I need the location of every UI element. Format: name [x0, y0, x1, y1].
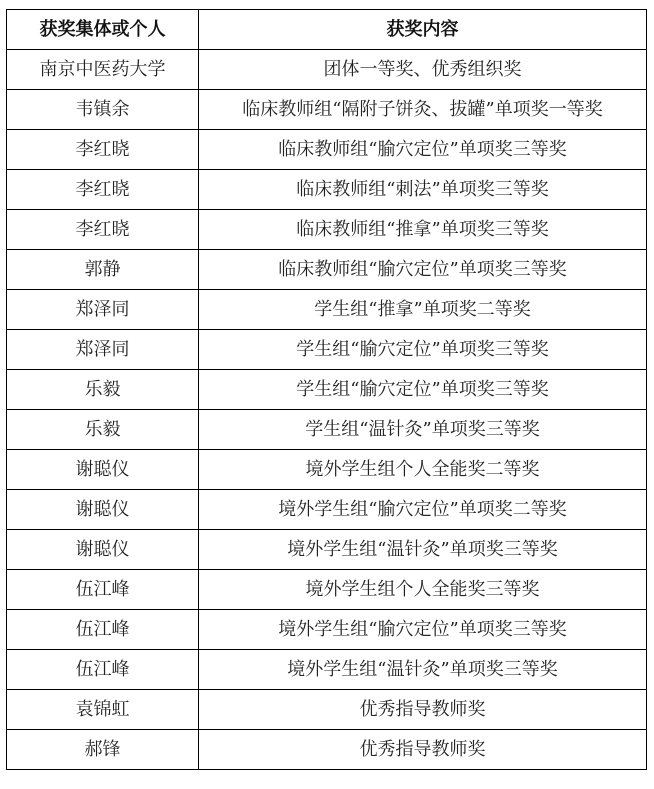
header-recipient: 获奖集体或个人: [7, 10, 199, 50]
award-cell: 境外学生组“温针灸”单项奖三等奖: [199, 530, 647, 570]
recipient-cell: 乐毅: [7, 410, 199, 450]
award-cell: 境外学生组“腧穴定位”单项奖二等奖: [199, 490, 647, 530]
recipient-cell: 袁锦虹: [7, 690, 199, 730]
table-row: 郑泽同 学生组“推拿”单项奖二等奖: [7, 290, 647, 330]
recipient-cell: 李红晓: [7, 130, 199, 170]
recipient-cell: 李红晓: [7, 210, 199, 250]
table-row: 郑泽同 学生组“腧穴定位”单项奖三等奖: [7, 330, 647, 370]
award-cell: 团体一等奖、优秀组织奖: [199, 50, 647, 90]
table-row: 袁锦虹 优秀指导教师奖: [7, 690, 647, 730]
recipient-cell: 伍江峰: [7, 610, 199, 650]
award-cell: 临床教师组“推拿”单项奖三等奖: [199, 210, 647, 250]
table-row: 南京中医药大学 团体一等奖、优秀组织奖: [7, 50, 647, 90]
table-row: 李红晓 临床教师组“刺法”单项奖三等奖: [7, 170, 647, 210]
awards-table: 获奖集体或个人 获奖内容 南京中医药大学 团体一等奖、优秀组织奖 韦镇余 临床教…: [6, 9, 647, 770]
recipient-cell: 郑泽同: [7, 290, 199, 330]
recipient-cell: 乐毅: [7, 370, 199, 410]
recipient-cell: 谢聪仪: [7, 450, 199, 490]
recipient-cell: 韦镇余: [7, 90, 199, 130]
recipient-cell: 郝锋: [7, 730, 199, 770]
table-row: 谢聪仪 境外学生组个人全能奖二等奖: [7, 450, 647, 490]
recipient-cell: 南京中医药大学: [7, 50, 199, 90]
recipient-cell: 谢聪仪: [7, 490, 199, 530]
award-cell: 临床教师组“隔附子饼灸、拔罐”单项奖一等奖: [199, 90, 647, 130]
table-row: 谢聪仪 境外学生组“腧穴定位”单项奖二等奖: [7, 490, 647, 530]
award-cell: 学生组“推拿”单项奖二等奖: [199, 290, 647, 330]
recipient-cell: 伍江峰: [7, 570, 199, 610]
award-cell: 学生组“温针灸”单项奖三等奖: [199, 410, 647, 450]
award-cell: 境外学生组个人全能奖三等奖: [199, 570, 647, 610]
recipient-cell: 郭静: [7, 250, 199, 290]
award-cell: 优秀指导教师奖: [199, 690, 647, 730]
table-row: 谢聪仪 境外学生组“温针灸”单项奖三等奖: [7, 530, 647, 570]
award-cell: 境外学生组个人全能奖二等奖: [199, 450, 647, 490]
award-cell: 临床教师组“腧穴定位”单项奖三等奖: [199, 250, 647, 290]
award-cell: 临床教师组“刺法”单项奖三等奖: [199, 170, 647, 210]
table-row: 郝锋 优秀指导教师奖: [7, 730, 647, 770]
award-cell: 境外学生组“腧穴定位”单项奖三等奖: [199, 610, 647, 650]
table-row: 李红晓 临床教师组“腧穴定位”单项奖三等奖: [7, 130, 647, 170]
table-header-row: 获奖集体或个人 获奖内容: [7, 10, 647, 50]
recipient-cell: 伍江峰: [7, 650, 199, 690]
table-row: 乐毅 学生组“温针灸”单项奖三等奖: [7, 410, 647, 450]
award-cell: 优秀指导教师奖: [199, 730, 647, 770]
table-row: 伍江峰 境外学生组个人全能奖三等奖: [7, 570, 647, 610]
award-cell: 学生组“腧穴定位”单项奖三等奖: [199, 370, 647, 410]
recipient-cell: 李红晓: [7, 170, 199, 210]
table-row: 李红晓 临床教师组“推拿”单项奖三等奖: [7, 210, 647, 250]
table-row: 乐毅 学生组“腧穴定位”单项奖三等奖: [7, 370, 647, 410]
award-cell: 临床教师组“腧穴定位”单项奖三等奖: [199, 130, 647, 170]
table-row: 伍江峰 境外学生组“温针灸”单项奖三等奖: [7, 650, 647, 690]
recipient-cell: 谢聪仪: [7, 530, 199, 570]
table-row: 伍江峰 境外学生组“腧穴定位”单项奖三等奖: [7, 610, 647, 650]
table-row: 郭静 临床教师组“腧穴定位”单项奖三等奖: [7, 250, 647, 290]
recipient-cell: 郑泽同: [7, 330, 199, 370]
table-row: 韦镇余 临床教师组“隔附子饼灸、拔罐”单项奖一等奖: [7, 90, 647, 130]
award-cell: 境外学生组“温针灸”单项奖三等奖: [199, 650, 647, 690]
award-cell: 学生组“腧穴定位”单项奖三等奖: [199, 330, 647, 370]
header-award: 获奖内容: [199, 10, 647, 50]
